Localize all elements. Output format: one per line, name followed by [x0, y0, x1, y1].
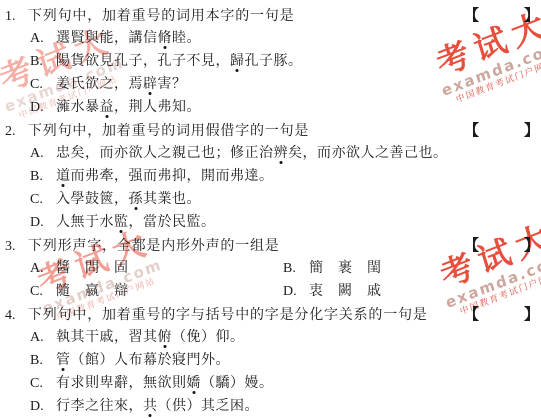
emphasized-char: 辨: [274, 142, 289, 162]
answer-bracket: 【 】: [464, 119, 539, 140]
option-D: D.人無于水監，當於民監。: [0, 211, 541, 234]
option-label: C.: [30, 192, 56, 208]
question-stem: 下列句中，加着重号的字与括号中的字是分化字关系的一句是: [28, 304, 428, 324]
option-A: A.選賢與能，講信脩睦。: [0, 27, 541, 50]
option-C: C.姜氏欲之，焉辟害？: [0, 73, 541, 96]
question-stem: 下列句中，加着重号的词用假借字的一句是: [28, 120, 309, 140]
option-label: A.: [30, 330, 56, 346]
option-C: C.入學鼓篋，孫其業也。: [0, 188, 541, 211]
option-text: 入學鼓篋，孫其業也。: [56, 188, 201, 208]
option-D: D.行李之往來，共（供）其乏困。: [0, 395, 541, 418]
option-C: C.隨 嬴 辯: [0, 280, 253, 303]
option-text: 醬 問 固: [56, 257, 129, 277]
option-A: A.忠矣，而亦欲人之親己也；修正治辨矣，而亦欲人之善己也。: [0, 142, 541, 165]
option-text: 隨 嬴 辯: [56, 280, 129, 300]
question-number: 2.: [5, 124, 28, 140]
question-list: 1.下列句中，加着重号的词用本字的一句是【 】A.選賢與能，講信脩睦。B.陽貨欲…: [0, 4, 541, 418]
question-1: 1.下列句中，加着重号的词用本字的一句是【 】A.選賢與能，講信脩睦。B.陽貨欲…: [0, 4, 541, 119]
question-4: 4.下列句中，加着重号的字与括号中的字是分化字关系的一句是【 】A.執其干戚，習…: [0, 303, 541, 418]
option-label: C.: [30, 77, 56, 93]
option-A: A.執其干戚，習其俯（俛）仰。: [0, 326, 541, 349]
option-text: 選賢與能，講信脩睦。: [56, 27, 201, 47]
option-text: 行李之往來，共（供）其乏困。: [56, 395, 259, 415]
option-text: 姜氏欲之，焉辟害？: [56, 73, 187, 93]
option-label: A.: [30, 146, 56, 162]
question-stem-row: 3.下列形声字，全都是内形外声的一组是【 】: [0, 234, 541, 257]
option-label: C.: [30, 284, 56, 300]
option-C: C.有求則卑辭，無欲則嬌（驕）嫚。: [0, 372, 541, 395]
option-B: B.簡 裹 閨: [253, 257, 541, 280]
exam-paper: 1.下列句中，加着重号的词用本字的一句是【 】A.選賢與能，講信脩睦。B.陽貨欲…: [0, 0, 541, 418]
emphasized-char: 監: [114, 211, 129, 231]
emphasized-char: 嬌: [187, 372, 202, 392]
option-D: D.衷 闕 戚: [253, 280, 541, 303]
question-stem-row: 4.下列句中，加着重号的字与括号中的字是分化字关系的一句是【 】: [0, 303, 541, 326]
option-text: 執其干戚，習其俯（俛）仰。: [56, 326, 245, 346]
option-text: 忠矣，而亦欲人之親己也；修正治辨矣，而亦欲人之善己也。: [56, 142, 448, 162]
option-label: C.: [30, 376, 56, 392]
option-label: D.: [30, 399, 56, 415]
question-number: 4.: [5, 308, 28, 324]
option-label: A.: [30, 31, 56, 47]
option-row: C.隨 嬴 辯D.衷 闕 戚: [0, 280, 541, 303]
question-stem-row: 1.下列句中，加着重号的词用本字的一句是【 】: [0, 4, 541, 27]
option-label: A.: [30, 261, 56, 277]
emphasized-char: 道: [56, 165, 71, 185]
option-text: 有求則卑辭，無欲則嬌（驕）嫚。: [56, 372, 274, 392]
option-label: B.: [30, 54, 56, 70]
option-label: D.: [30, 215, 56, 231]
emphasized-char: 共: [143, 395, 158, 415]
emphasized-char: 孫: [129, 188, 144, 208]
option-label: D.: [283, 284, 309, 300]
option-text: 衷 闕 戚: [309, 280, 382, 300]
option-label: B.: [283, 261, 309, 277]
answer-bracket: 【 】: [464, 303, 539, 324]
emphasized-char: 益: [100, 96, 115, 116]
option-text: 道而弗牽，强而弗抑，開而弗達。: [56, 165, 274, 185]
option-label: B.: [30, 169, 56, 185]
question-stem: 下列句中，加着重号的词用本字的一句是: [28, 5, 294, 25]
question-stem-row: 2.下列句中，加着重号的词用假借字的一句是【 】: [0, 119, 541, 142]
answer-bracket: 【 】: [464, 234, 539, 255]
option-text: 簡 裹 閨: [309, 257, 382, 277]
option-label: D.: [30, 100, 56, 116]
option-text: 人無于水監，當於民監。: [56, 211, 216, 231]
option-text: 管（館）人布幕於寢門外。: [56, 349, 230, 369]
answer-bracket: 【 】: [464, 4, 539, 25]
question-stem: 下列形声字，全都是内形外声的一组是: [28, 235, 280, 255]
option-row: A.醬 問 固B.簡 裹 閨: [0, 257, 541, 280]
option-D: D.澭水暴益，荆人弗知。: [0, 96, 541, 119]
question-number: 1.: [5, 9, 28, 25]
emphasized-char: 脩: [158, 27, 173, 47]
emphasized-char: 俯: [158, 326, 173, 346]
option-B: B.管（館）人布幕於寢門外。: [0, 349, 541, 372]
option-text: 陽貨欲見孔子，孔子不見，歸孔子豚。: [56, 50, 303, 70]
emphasized-char: 歸: [230, 50, 245, 70]
emphasized-char: 管: [56, 349, 71, 369]
emphasized-char: 辟: [143, 73, 158, 93]
question-3: 3.下列形声字，全都是内形外声的一组是【 】A.醬 問 固B.簡 裹 閨C.隨 …: [0, 234, 541, 303]
question-number: 3.: [5, 239, 28, 255]
option-label: B.: [30, 353, 56, 369]
option-B: B.道而弗牽，强而弗抑，開而弗達。: [0, 165, 541, 188]
question-2: 2.下列句中，加着重号的词用假借字的一句是【 】A.忠矣，而亦欲人之親己也；修正…: [0, 119, 541, 234]
option-text: 澭水暴益，荆人弗知。: [56, 96, 201, 116]
option-B: B.陽貨欲見孔子，孔子不見，歸孔子豚。: [0, 50, 541, 73]
option-A: A.醬 問 固: [0, 257, 253, 280]
